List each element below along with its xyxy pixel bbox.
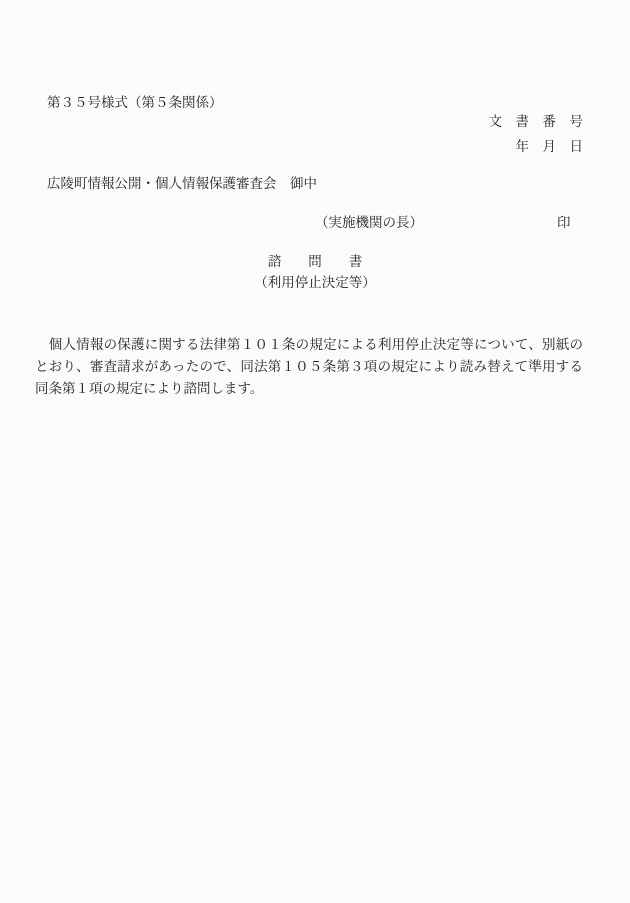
body-line-1: 個人情報の保護に関する法律第１０１条の規定による利用停止決定等について、別紙の (35, 334, 583, 356)
sender-label: （実施機関の長） (315, 216, 423, 230)
document-subtitle: （利用停止決定等） (0, 276, 630, 290)
body-line-2: とおり、審査請求があったので、同法第１０５条第３項の規定により読み替えて準用する (35, 356, 583, 378)
body-line-3: 同条第１項の規定により諮問します。 (35, 378, 583, 400)
date-label: 年 月 日 (489, 134, 584, 159)
seal-mark: 印 (557, 216, 571, 230)
document-page: 第３５号様式（第５条関係） 文 書 番 号 年 月 日 広陵町情報公開・個人情報… (0, 0, 630, 903)
document-title: 諮 問 書 (0, 255, 630, 269)
body-paragraph: 個人情報の保護に関する法律第１０１条の規定による利用停止決定等について、別紙の … (35, 334, 583, 400)
addressee: 広陵町情報公開・個人情報保護審査会 御中 (47, 177, 317, 191)
document-number-label: 文 書 番 号 (489, 109, 584, 134)
form-number: 第３５号様式（第５条関係） (47, 96, 223, 110)
document-meta: 文 書 番 号 年 月 日 (489, 109, 584, 159)
